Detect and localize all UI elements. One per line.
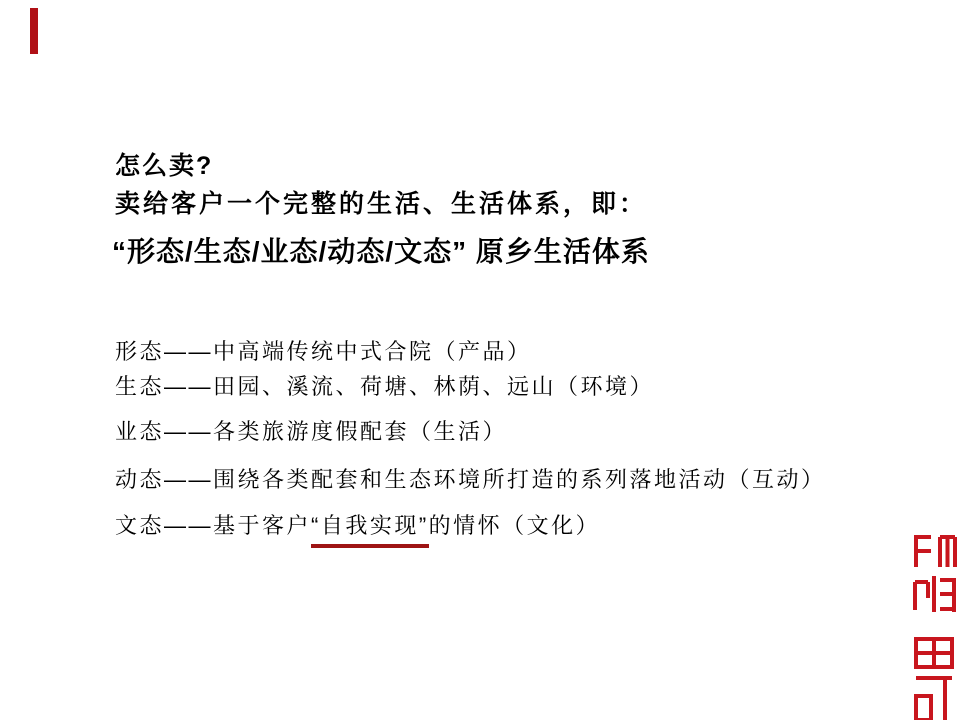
list-item-shengtai: 生态——田园、溪流、荷塘、林荫、远山（环境）: [115, 376, 654, 398]
underlined-phrase: “自我实现”: [311, 513, 429, 548]
headline-statement: 卖给客户一个完整的生活、生活体系，即：: [115, 192, 647, 217]
wentai-suffix: 的情怀（文化）: [429, 513, 601, 538]
headline-system-title: “形态/生态/业态/动态/文态” 原乡生活体系: [112, 238, 650, 266]
wentai-prefix: 文态——基于客户: [115, 513, 311, 538]
headline-question: 怎么卖?: [115, 154, 213, 179]
list-item-yetai: 业态——各类旅游度假配套（生活）: [115, 421, 507, 443]
seal-character-tian-icon: [911, 636, 958, 720]
list-item-xingtai: 形态——中高端传统中式合院（产品）: [115, 341, 532, 363]
list-item-wentai: 文态——基于客户“自我实现”的情怀（文化）: [115, 515, 600, 537]
slide: 怎么卖? 卖给客户一个完整的生活、生活体系，即： “形态/生态/业态/动态/文态…: [0, 0, 960, 720]
top-left-red-bar: [30, 8, 38, 54]
seal-character-dao-icon: [911, 532, 958, 612]
seal-stamp-logo: [911, 532, 958, 720]
list-item-dongtai: 动态——围绕各类配套和生态环境所打造的系列落地活动（互动）: [115, 469, 826, 491]
